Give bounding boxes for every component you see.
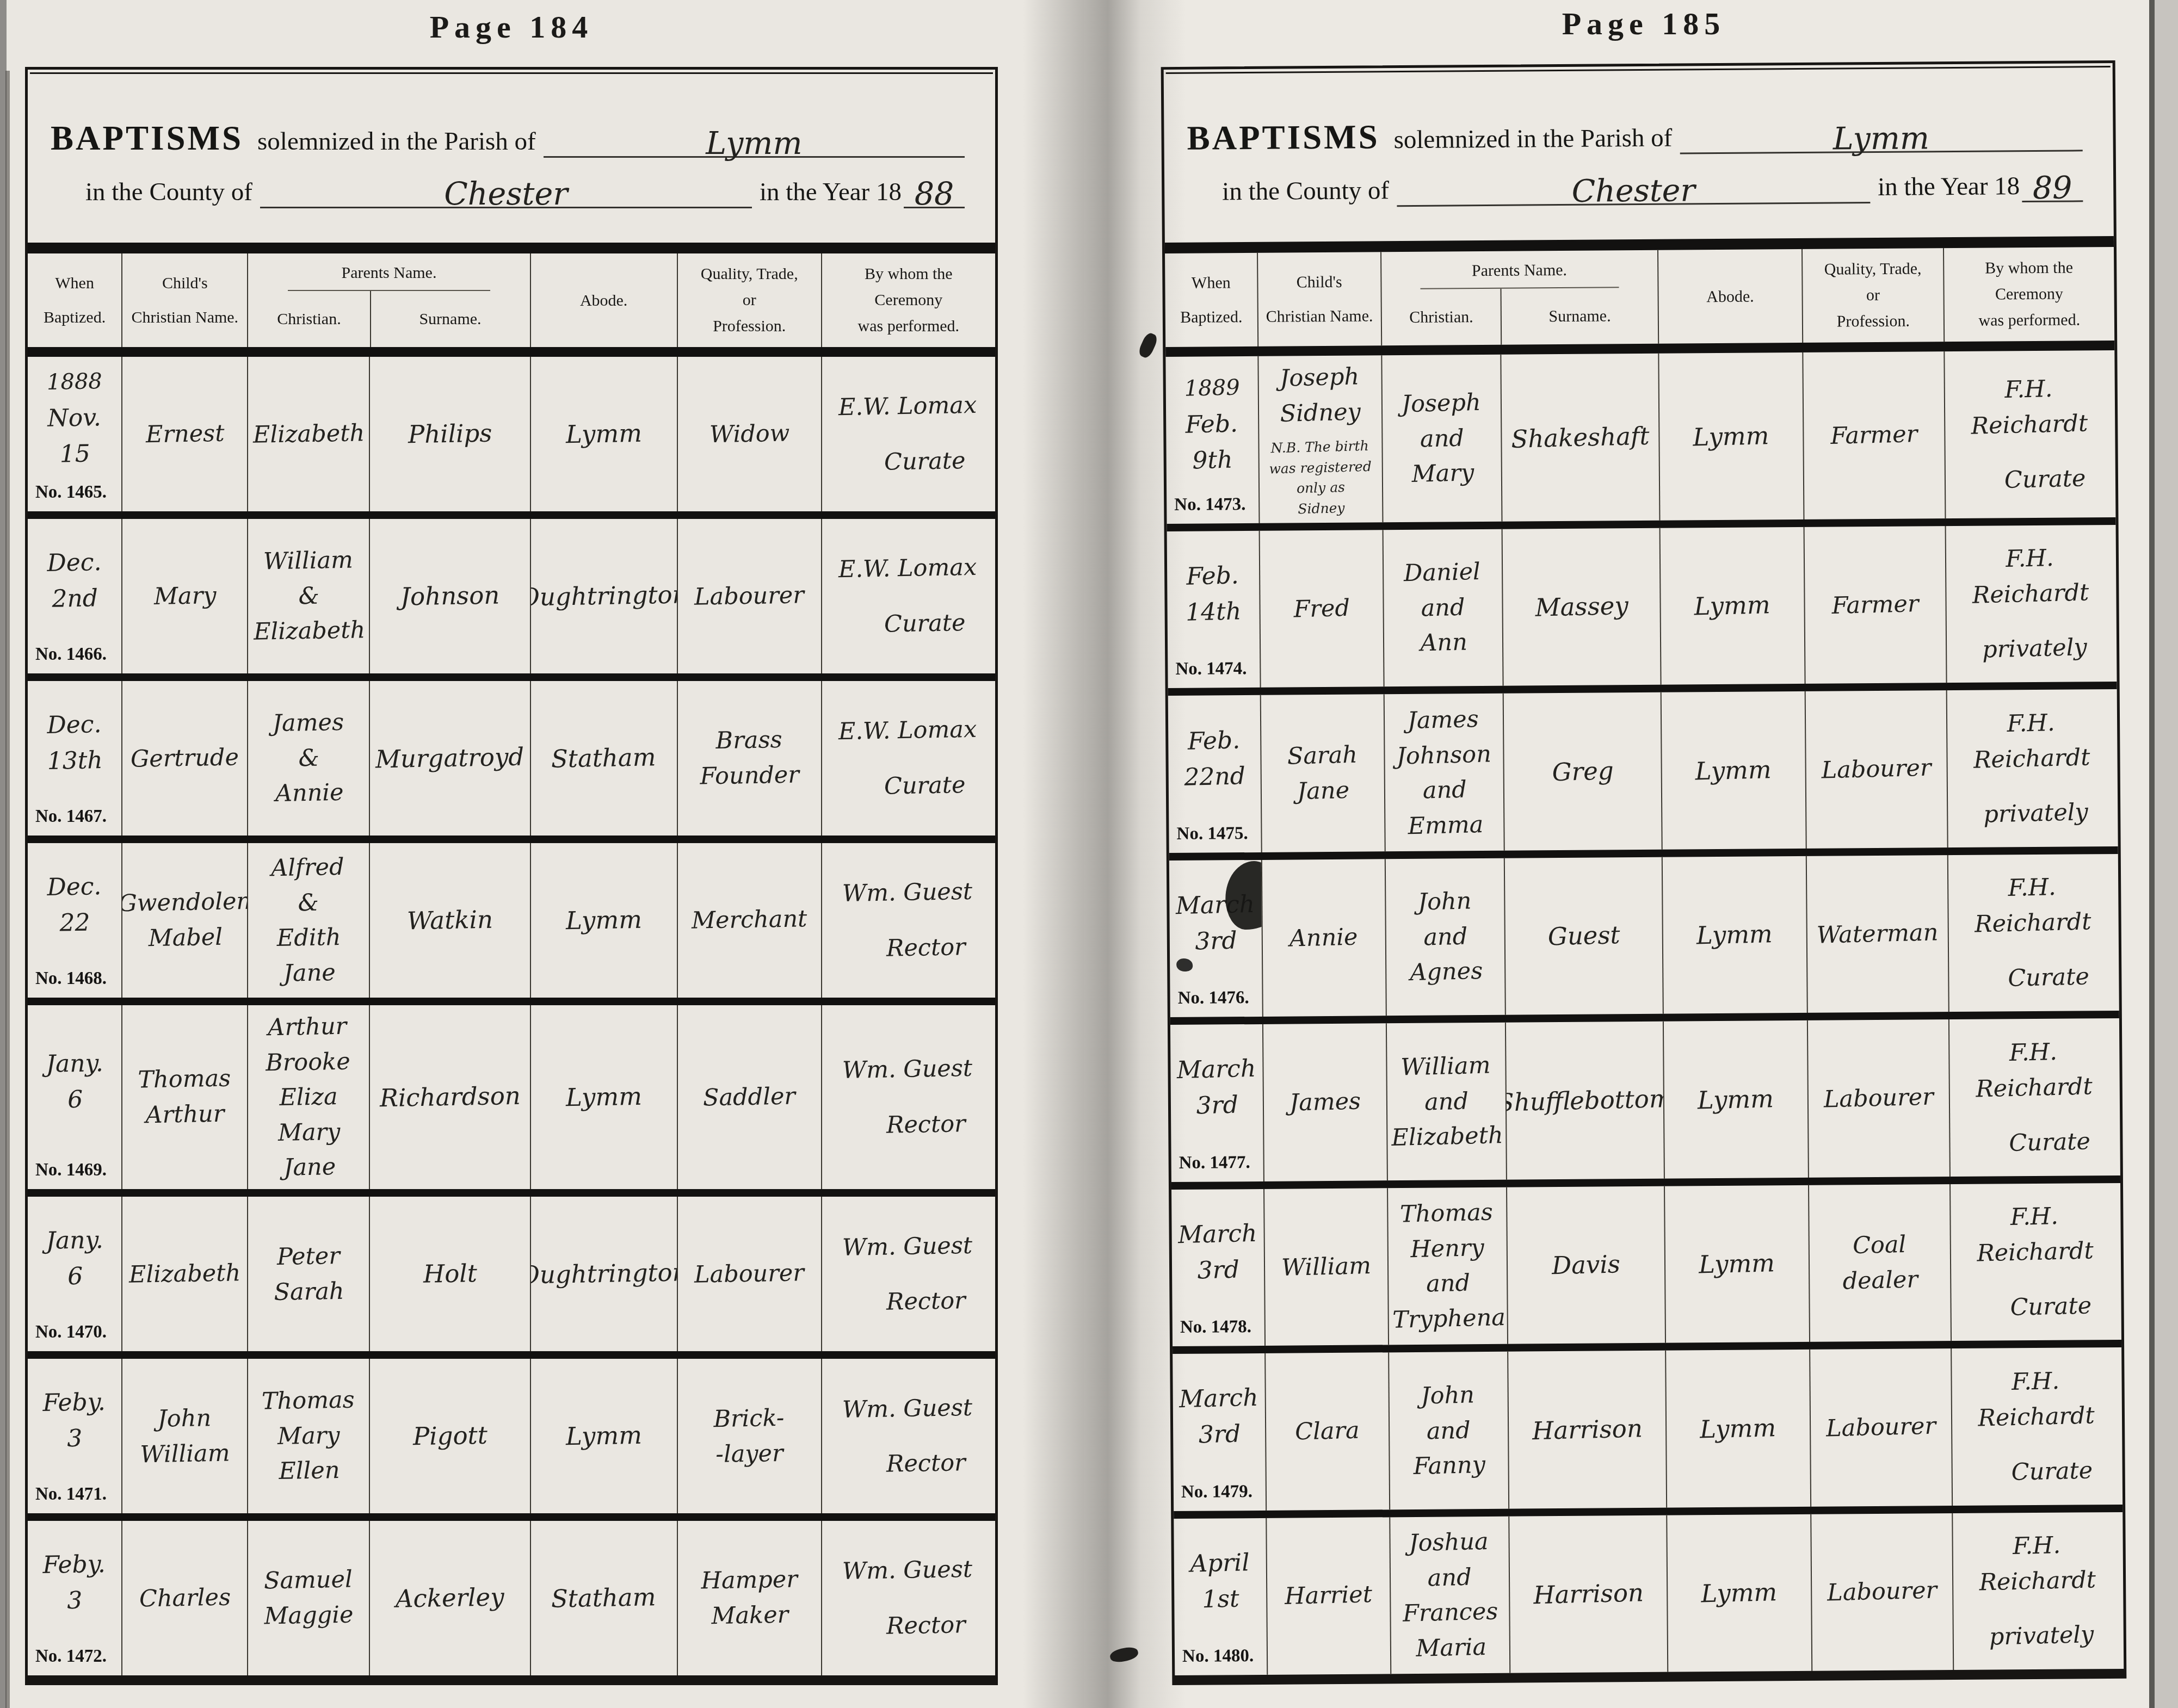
minister-title: Curate	[884, 605, 990, 642]
abode-value: Lymm	[1693, 417, 1769, 456]
entry-number: No. 1478.	[1180, 1317, 1251, 1338]
cell-by-whom: F.H. Reichardtprivately	[1947, 689, 2118, 847]
abode-value: Lymm	[1696, 915, 1773, 954]
cell-parents-surname: Murgatroyd	[370, 681, 530, 836]
ink-blot	[1176, 958, 1193, 971]
col-header-abode: Abode.	[531, 253, 678, 347]
cell-parents-christian: James & Annie	[248, 681, 370, 836]
child-name: James	[1289, 1084, 1361, 1121]
quality-trade-value: Coal dealer	[1812, 1226, 1947, 1299]
entry-year: 1888	[47, 365, 103, 399]
cell-parents-christian: John and Fanny	[1389, 1352, 1510, 1509]
parents-surname: Shufflebottom	[1506, 1080, 1665, 1121]
cell-when-baptized: April 1stNo. 1480.	[1174, 1518, 1268, 1675]
parents-christian-names: Peter Sarah	[273, 1239, 344, 1310]
quality-trade-value: Widow	[709, 416, 790, 452]
cell-abode: Statham	[531, 1521, 678, 1675]
cell-by-whom: E.W. LomaxCurate	[822, 681, 995, 836]
cell-parents-christian: Peter Sarah	[248, 1197, 370, 1351]
entry-number: No. 1467.	[35, 807, 107, 827]
table-row: April 1stNo. 1480.HarrietJoshua and Fran…	[1174, 1504, 2124, 1675]
parents-surname: Harrison	[1533, 1574, 1644, 1613]
child-name: Sarah Jane	[1287, 738, 1359, 809]
cell-quality-trade: Hamper Maker	[678, 1521, 822, 1675]
minister-title: Curate	[884, 443, 990, 480]
table-row: Feby. 3No. 1471.John WilliamThomas Mary …	[28, 1351, 995, 1513]
cell-parents-surname: Pigott	[370, 1359, 530, 1513]
parents-surname: Richardson	[379, 1078, 521, 1117]
cell-abode: Oughtrington	[531, 1197, 678, 1351]
entry-number: No. 1471.	[35, 1484, 107, 1505]
cell-by-whom: Wm. GuestRector	[822, 1197, 995, 1351]
cell-when-baptized: Dec. 2ndNo. 1466.	[28, 519, 122, 673]
cell-by-whom: F.H. ReichardtCurate	[1945, 350, 2115, 518]
parents-christian-names: William & Elizabeth	[252, 542, 365, 649]
cell-quality-trade: Waterman	[1807, 855, 1949, 1013]
minister-signature: Wm. Guest	[842, 874, 973, 912]
cell-abode: Lymm	[1660, 527, 1805, 685]
cell-abode: Lymm	[531, 357, 678, 511]
cell-quality-trade: Labourer	[678, 1197, 822, 1351]
abode-value: Lymm	[1701, 1574, 1778, 1612]
cell-abode: Lymm	[1664, 1020, 1809, 1178]
minister-title: Rector	[886, 929, 990, 966]
col-header-surname: Surname.	[1501, 288, 1658, 345]
col-header-child: Child's Christian Name.	[122, 253, 248, 347]
cell-abode: Lymm	[1667, 1514, 1812, 1672]
cell-by-whom: Wm. GuestRector	[822, 1521, 995, 1675]
header-line-2: in the County of Chester in the Year 18 …	[1187, 168, 2090, 208]
parish-blank-line: Lymm	[544, 124, 965, 158]
table-row: March 3rdNo. 1476.AnnieJohn and AgnesGue…	[1169, 846, 2119, 1018]
col-header-abode: Abode.	[1658, 249, 1803, 344]
child-name: Fred	[1293, 591, 1350, 627]
parents-christian-names: Alfred & Edith Jane	[271, 850, 347, 991]
cell-parents-surname: Greg	[1504, 692, 1663, 850]
entry-number: No. 1466.	[35, 645, 107, 665]
parents-christian-names: Joseph and Mary	[1401, 385, 1483, 492]
cell-quality-trade: Labourer	[1810, 1348, 1953, 1506]
cell-child-name: James	[1263, 1024, 1388, 1181]
minister-title: Rector	[886, 1607, 990, 1644]
cell-child-name: Fred	[1260, 530, 1385, 688]
cell-child-name: Sarah Jane	[1261, 695, 1386, 852]
parents-surname: Harrison	[1532, 1410, 1643, 1449]
cell-when-baptized: March 3rdNo. 1479.	[1173, 1353, 1267, 1511]
entry-date: Dec. 22	[47, 869, 102, 942]
cell-parents-christian: Joseph and Mary	[1382, 355, 1503, 523]
quality-trade-value: Hamper Maker	[700, 1562, 798, 1634]
minister-signature: Wm. Guest	[842, 1390, 973, 1427]
header-line-2: in the County of Chester in the Year 18 …	[51, 175, 972, 208]
cell-child-name: William	[1264, 1188, 1389, 1346]
cell-parents-christian: Thomas Henry and Tryphena	[1388, 1187, 1509, 1345]
minister-title: privately	[1983, 794, 2113, 832]
minister-signature: Wm. Guest	[842, 1051, 973, 1088]
parents-christian-names: Daniel and Ann	[1403, 554, 1482, 661]
parents-surname: Philips	[408, 415, 492, 453]
cell-parents-christian: Daniel and Ann	[1383, 529, 1504, 687]
entry-number: No. 1480.	[1182, 1646, 1254, 1667]
minister-signature: F.H. Reichardt	[1952, 1033, 2115, 1107]
cell-when-baptized: Dec. 13thNo. 1467.	[28, 681, 122, 836]
cell-when-baptized: Feby. 3No. 1471.	[28, 1359, 122, 1513]
abode-value: Lymm	[1695, 751, 1772, 790]
child-name: John William	[139, 1400, 230, 1472]
cell-by-whom: E.W. LomaxCurate	[822, 519, 995, 673]
col-header-quality: Quality, Trade, or Profession.	[1803, 248, 1945, 343]
register-page-184: Page 184 BAPTISMS solemnized in the Pari…	[25, 9, 998, 1685]
minister-title: Curate	[884, 767, 990, 804]
minister-title: privately	[1989, 1617, 2118, 1655]
parents-surname: Davis	[1551, 1246, 1620, 1284]
child-name: Harriet	[1284, 1577, 1372, 1614]
abode-value: Lymm	[565, 1417, 642, 1455]
register-sheet: BAPTISMS solemnized in the Parish of Lym…	[1161, 60, 2127, 1685]
cell-when-baptized: 1889Feb. 9thNo. 1473.	[1165, 356, 1260, 524]
col-header-by-whom: By whom the Ceremony was performed.	[822, 253, 995, 347]
ink-blot	[1225, 861, 1263, 930]
cell-quality-trade: Brass Founder	[678, 681, 822, 836]
cell-by-whom: F.H. ReichardtCurate	[1952, 1347, 2123, 1506]
entry-date: Feb. 9th	[1185, 406, 1239, 479]
cell-child-name: Elizabeth	[122, 1197, 248, 1351]
page-number: Page 184	[25, 9, 998, 45]
county-value: Chester	[444, 176, 567, 212]
cell-quality-trade: Brick- -layer	[678, 1359, 822, 1513]
col-header-when: When Baptized.	[1165, 253, 1258, 347]
year-blank-line: 89	[2022, 168, 2083, 202]
parents-christian-names: John and Fanny	[1411, 1377, 1486, 1484]
parents-christian-names: Thomas Henry and Tryphena	[1390, 1195, 1506, 1338]
child-name: Charles	[139, 1580, 231, 1616]
cell-abode: Oughtrington	[531, 519, 678, 673]
parents-christian-names: Thomas Mary Ellen	[261, 1383, 356, 1489]
cell-quality-trade: Labourer	[678, 519, 822, 673]
header-printed-text: in the Year 18	[1878, 171, 2020, 202]
cell-by-whom: Wm. GuestRector	[822, 1359, 995, 1513]
parents-surname: Johnson	[400, 577, 499, 616]
parents-surname: Ackerley	[396, 1579, 505, 1617]
quality-trade-value: Labourer	[694, 1255, 805, 1292]
quality-trade-value: Farmer	[1831, 586, 1919, 623]
header-line-1: BAPTISMS solemnized in the Parish of Lym…	[1187, 112, 2090, 158]
table-row: Jany. 6No. 1469.Thomas ArthurArthur Broo…	[28, 998, 995, 1190]
cell-by-whom: F.H. ReichardtCurate	[1948, 854, 2119, 1012]
cell-child-name: Clara	[1266, 1352, 1390, 1510]
cell-by-whom: Wm. GuestRector	[822, 1005, 995, 1190]
cell-parents-christian: Elizabeth	[248, 357, 370, 511]
cell-parents-christian: Arthur Brooke Eliza Mary Jane	[248, 1005, 370, 1190]
parish-value: Lymm	[1833, 120, 1930, 157]
cell-by-whom: F.H. ReichardtCurate	[1951, 1183, 2121, 1341]
minister-title: Curate	[2009, 1123, 2115, 1161]
column-headers: When Baptized. Child's Christian Name. P…	[28, 253, 995, 357]
entry-date: Feb. 14th	[1184, 558, 1242, 630]
quality-trade-value: Brass Founder	[699, 722, 800, 794]
minister-signature: F.H. Reichardt	[1948, 540, 2111, 614]
cell-child-name: John William	[122, 1359, 248, 1513]
cell-child-name: Joseph SidneyN.B. The birth was register…	[1258, 355, 1383, 523]
minister-title: Curate	[2011, 1452, 2117, 1490]
cell-parents-surname: Watkin	[370, 843, 530, 998]
child-name: Joseph Sidney	[1279, 359, 1361, 431]
minister-title: Rector	[886, 1445, 990, 1482]
quality-trade-value: Labourer	[1821, 751, 1932, 788]
minister-signature: Wm. Guest	[842, 1228, 973, 1266]
entry-number: No. 1475.	[1176, 824, 1248, 844]
child-name: Thomas Arthur	[138, 1061, 232, 1133]
cell-child-name: Ernest	[122, 357, 248, 511]
entry-year: 1889	[1184, 371, 1240, 405]
minister-title: Curate	[2004, 460, 2111, 498]
cell-by-whom: F.H. Reichardtprivately	[1953, 1512, 2124, 1670]
table-row: 1889Feb. 9thNo. 1473.Joseph SidneyN.B. T…	[1165, 350, 2115, 524]
cell-parents-christian: James Johnson and Emma	[1384, 694, 1505, 851]
child-name: Ernest	[145, 416, 225, 452]
cell-when-baptized: March 3rdNo. 1477.	[1170, 1024, 1264, 1182]
quality-trade-value: Saddler	[703, 1079, 796, 1115]
col-header-christian: Christian.	[1381, 289, 1501, 346]
abode-value: Lymm	[1698, 1080, 1774, 1119]
cell-when-baptized: Feby. 3No. 1472.	[28, 1521, 122, 1675]
cell-parents-surname: Johnson	[370, 519, 530, 673]
col-header-surname: Surname.	[370, 291, 530, 347]
cell-parents-surname: Harrison	[1510, 1515, 1669, 1673]
register-rows: 1889Feb. 9thNo. 1473.Joseph SidneyN.B. T…	[1165, 350, 2124, 1675]
abode-value: Lymm	[1700, 1409, 1776, 1448]
cell-quality-trade: Saddler	[678, 1005, 822, 1190]
parents-christian-names: John and Agnes	[1408, 883, 1483, 991]
cell-child-name: Charles	[122, 1521, 248, 1675]
cell-by-whom: E.W. LomaxCurate	[822, 357, 995, 511]
abode-value: Oughtrington	[531, 576, 678, 616]
parents-surname: Guest	[1547, 917, 1620, 955]
entry-date: Jany. 6	[45, 1222, 104, 1295]
abode-value: Lymm	[565, 901, 642, 939]
scanner-bed-edge	[2155, 0, 2178, 1708]
parish-blank-line: Lymm	[1680, 117, 2083, 154]
table-row: Feb. 22ndNo. 1475.Sarah JaneJames Johnso…	[1168, 682, 2118, 853]
minister-title: Rector	[886, 1283, 990, 1320]
cell-parents-christian: Samuel Maggie	[248, 1521, 370, 1675]
table-row: Dec. 13thNo. 1467.GertrudeJames & AnnieM…	[28, 673, 995, 836]
minister-title: privately	[1982, 629, 2112, 667]
entry-date: Feb. 22nd	[1183, 722, 1246, 796]
cell-abode: Lymm	[531, 1359, 678, 1513]
minister-signature: F.H. Reichardt	[1951, 869, 2114, 943]
minister-signature: Wm. Guest	[842, 1552, 973, 1589]
cell-parents-surname: Richardson	[370, 1005, 530, 1190]
quality-trade-value: Labourer	[1827, 1573, 1937, 1611]
minister-title: Curate	[2008, 959, 2114, 997]
book-gutter-shadow	[1023, 0, 1186, 1708]
parents-christian-names: Samuel Maggie	[263, 1562, 354, 1634]
sheet-header: BAPTISMS solemnized in the Parish of Lym…	[1164, 63, 2114, 253]
county-value: Chester	[1571, 172, 1695, 209]
cell-when-baptized: Jany. 6No. 1470.	[28, 1197, 122, 1351]
page-edge	[2149, 0, 2155, 1708]
cell-parents-christian: Joshua and Frances Maria	[1390, 1516, 1511, 1674]
table-row: 1888Nov. 15No. 1465.ErnestElizabethPhili…	[28, 357, 995, 511]
cell-by-whom: F.H. ReichardtCurate	[1949, 1018, 2120, 1177]
child-name: Gertrude	[131, 740, 239, 777]
minister-signature: F.H. Reichardt	[1954, 1362, 2117, 1436]
parents-christian-names: Joshua and Frances Maria	[1400, 1524, 1500, 1666]
cell-child-name: Harriet	[1267, 1517, 1391, 1675]
table-row: March 3rdNo. 1479.ClaraJohn and FannyHar…	[1173, 1340, 2123, 1511]
cell-child-name: Mary	[122, 519, 248, 673]
table-row: March 3rdNo. 1478.WilliamThomas Henry an…	[1171, 1175, 2121, 1347]
minister-signature: E.W. Lomax	[838, 712, 977, 750]
cell-parents-christian: Alfred & Edith Jane	[248, 843, 370, 998]
page-edge	[5, 71, 10, 1708]
baptisms-title: BAPTISMS	[51, 119, 243, 158]
cell-child-name: Thomas Arthur	[122, 1005, 248, 1190]
county-blank-line: Chester	[260, 175, 752, 208]
col-header-parents: Parents Name. Christian. Surname.	[1381, 250, 1659, 346]
year-value: 88	[915, 176, 954, 212]
cell-child-name: Annie	[1262, 859, 1387, 1017]
header-printed-text: in the County of	[85, 177, 252, 207]
column-headers: When Baptized. Child's Christian Name. P…	[1165, 247, 2114, 357]
quality-trade-value: Waterman	[1816, 915, 1939, 953]
register-rows: 1888Nov. 15No. 1465.ErnestElizabethPhili…	[28, 357, 995, 1675]
abode-value: Lymm	[1699, 1245, 1775, 1283]
entry-number: No. 1474.	[1175, 659, 1247, 680]
child-name: William	[1281, 1248, 1371, 1286]
abode-value: Lymm	[565, 1078, 642, 1116]
entry-date: Feby. 3	[42, 1384, 107, 1457]
county-blank-line: Chester	[1397, 170, 1871, 207]
sheet-header: BAPTISMS solemnized in the Parish of Lym…	[28, 70, 995, 253]
year-blank-line: 88	[904, 175, 965, 208]
cell-abode: Lymm	[1659, 352, 1804, 521]
cell-parents-surname: Shufflebottom	[1506, 1022, 1665, 1179]
table-row: March 3rdNo. 1477.JamesWilliam and Eliza…	[1170, 1011, 2120, 1182]
cell-when-baptized: Dec. 22No. 1468.	[28, 843, 122, 998]
cell-when-baptized: Feb. 14thNo. 1474.	[1167, 531, 1261, 689]
table-row: Feby. 3No. 1472.CharlesSamuel MaggieAcke…	[28, 1513, 995, 1675]
cell-quality-trade: Labourer	[1811, 1513, 1954, 1671]
cell-parents-surname: Shakeshaft	[1502, 354, 1661, 522]
table-row: Jany. 6No. 1470.ElizabethPeter SarahHolt…	[28, 1189, 995, 1351]
cell-abode: Lymm	[1663, 856, 1808, 1014]
col-header-parents-label: Parents Name.	[1472, 251, 1567, 281]
col-header-christian: Christian.	[248, 291, 369, 347]
minister-signature: E.W. Lomax	[838, 550, 977, 587]
cell-child-name: Gwendolen Mabel	[122, 843, 248, 998]
header-printed-text: in the Year 18	[760, 177, 902, 207]
cell-abode: Lymm	[531, 1005, 678, 1190]
parents-surname: Holt	[423, 1255, 477, 1293]
minister-title: Curate	[2010, 1288, 2116, 1325]
cell-quality-trade: Farmer	[1803, 351, 1946, 519]
entry-date: April 1st	[1189, 1545, 1250, 1618]
cell-parents-surname: Ackerley	[370, 1521, 530, 1675]
minister-signature: F.H. Reichardt	[1953, 1198, 2116, 1272]
cell-quality-trade: Labourer	[1808, 1019, 1951, 1177]
parents-surname: Pigott	[412, 1417, 488, 1455]
quality-trade-value: Labourer	[1823, 1080, 1934, 1117]
cell-abode: Lymm	[1666, 1350, 1811, 1507]
parents-christian-names: James Johnson and Emma	[1386, 701, 1502, 844]
cell-parents-surname: Massey	[1503, 528, 1662, 686]
entry-date: Dec. 13th	[30, 706, 119, 779]
entry-number: No. 1469.	[35, 1160, 107, 1180]
cell-child-name: Gertrude	[122, 681, 248, 836]
col-header-parents: Parents Name. Christian. Surname.	[248, 253, 530, 347]
year-value: 89	[2033, 170, 2072, 206]
minister-signature: F.H. Reichardt	[1947, 370, 2110, 444]
abode-value: Statham	[551, 739, 656, 777]
cell-when-baptized: 1888Nov. 15No. 1465.	[28, 357, 122, 511]
quality-trade-value: Merchant	[691, 902, 807, 939]
child-name-note: N.B. The birth was registered only as Si…	[1268, 436, 1373, 520]
abode-value: Lymm	[1694, 587, 1770, 626]
quality-trade-value: Brick- -layer	[713, 1400, 785, 1471]
quality-trade-value: Labourer	[694, 578, 805, 615]
parents-christian-names: Elizabeth	[252, 416, 365, 453]
entry-number: No. 1472.	[35, 1647, 107, 1667]
parents-surname: Watkin	[406, 901, 493, 939]
entry-number: No. 1468.	[35, 969, 107, 989]
entry-date: Feby. 3	[42, 1546, 107, 1619]
page-number: Page 185	[1167, 5, 2121, 42]
cell-when-baptized: March 3rdNo. 1476.	[1169, 860, 1263, 1018]
cell-quality-trade: Farmer	[1805, 526, 1947, 684]
cell-quality-trade: Labourer	[1806, 691, 1948, 849]
cell-abode: Lymm	[531, 843, 678, 998]
child-name: Annie	[1289, 919, 1358, 956]
entry-number: No. 1477.	[1179, 1153, 1250, 1173]
entry-date: March 3rd	[1179, 1380, 1259, 1454]
entry-date: March 3rd	[1177, 1216, 1258, 1290]
cell-parents-christian: William & Elizabeth	[248, 519, 370, 673]
parents-surname: Greg	[1552, 752, 1614, 790]
table-row: Dec. 22No. 1468.Gwendolen MabelAlfred & …	[28, 836, 995, 998]
cell-parents-surname: Harrison	[1508, 1351, 1667, 1508]
entry-number: No. 1470.	[35, 1322, 107, 1342]
parents-surname: Shakeshaft	[1511, 417, 1650, 457]
minister-signature: F.H. Reichardt	[1955, 1526, 2118, 1600]
cell-by-whom: Wm. GuestRector	[822, 843, 995, 998]
col-header-by-whom: By whom the Ceremony was performed.	[1944, 247, 2114, 342]
baptisms-title: BAPTISMS	[1187, 117, 1380, 158]
table-row: Dec. 2ndNo. 1466.MaryWilliam & Elizabeth…	[28, 511, 995, 673]
parents-surname: Massey	[1534, 587, 1628, 627]
header-printed-text: solemnized in the Parish of	[1393, 123, 1672, 154]
cell-when-baptized: March 3rdNo. 1478.	[1171, 1189, 1266, 1347]
cell-abode: Lymm	[1665, 1185, 1810, 1343]
cell-quality-trade: Widow	[678, 357, 822, 511]
cell-quality-trade: Merchant	[678, 843, 822, 998]
quality-trade-value: Farmer	[1830, 417, 1918, 454]
register-page-185: Page 185 BAPTISMS solemnized in the Pari…	[1167, 5, 2121, 1682]
parents-christian-names: Arthur Brooke Eliza Mary Jane	[250, 1008, 368, 1186]
entry-date: March 3rd	[1176, 1051, 1257, 1125]
parents-surname: Murgatroyd	[375, 739, 525, 778]
entry-number: No. 1465.	[35, 482, 107, 503]
parents-subheaders: Christian. Surname.	[1381, 288, 1658, 346]
abode-value: Lymm	[565, 415, 642, 453]
cell-parents-christian: William and Elizabeth	[1387, 1023, 1508, 1180]
cell-parents-surname: Guest	[1505, 857, 1664, 1015]
abode-value: Statham	[551, 1579, 656, 1618]
cell-parents-christian: John and Agnes	[1385, 858, 1506, 1016]
minister-signature: F.H. Reichardt	[1950, 704, 2113, 778]
cell-when-baptized: Feb. 22ndNo. 1475.	[1168, 695, 1262, 853]
